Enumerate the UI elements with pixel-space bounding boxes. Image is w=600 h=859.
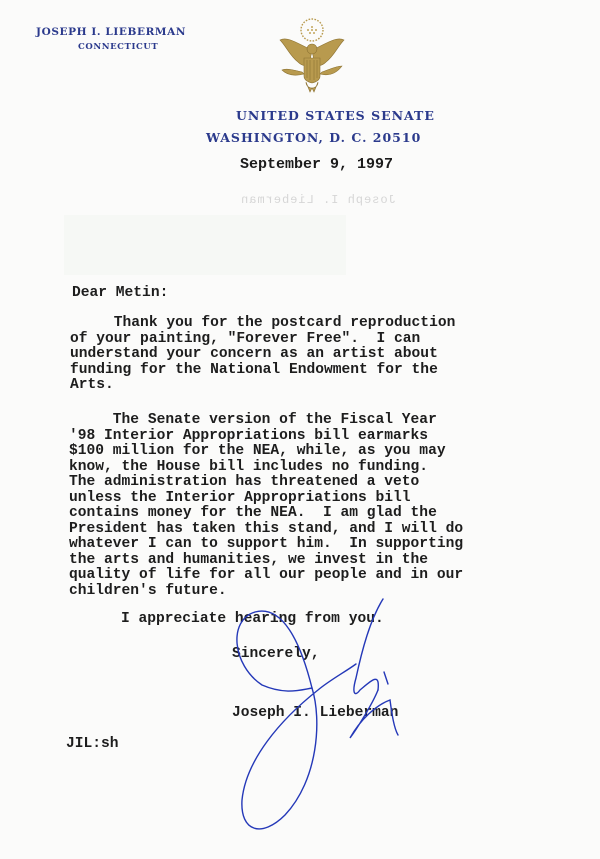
great-seal-eagle-icon <box>276 16 348 100</box>
letterhead-institution: UNITED STATES SENATE <box>236 108 435 123</box>
letterhead-sender-name: JOSEPH I. LIEBERMAN <box>36 26 186 38</box>
paragraph-1: Thank you for the postcard reproduction … <box>70 316 455 394</box>
salutation: Dear Metin: <box>72 286 168 302</box>
redacted-address-block <box>64 215 346 275</box>
bleed-through-text: Joseph I. Lieberman <box>240 193 396 207</box>
letter-page: JOSEPH I. LIEBERMAN CONNECTICUT UNITED S… <box>0 0 600 859</box>
letterhead-address: WASHINGTON, D. C. 20510 <box>206 130 421 145</box>
valediction: Sincerely, <box>232 647 320 663</box>
letterhead-sender-state: CONNECTICUT <box>78 42 158 52</box>
letter-date: September 9, 1997 <box>240 156 393 173</box>
paragraph-2: The Senate version of the Fiscal Year '9… <box>69 413 463 599</box>
closing-line: I appreciate hearing from you. <box>121 612 384 628</box>
signer-name: Joseph I. Lieberman <box>232 706 398 722</box>
reference-initials: JIL:sh <box>66 737 119 753</box>
